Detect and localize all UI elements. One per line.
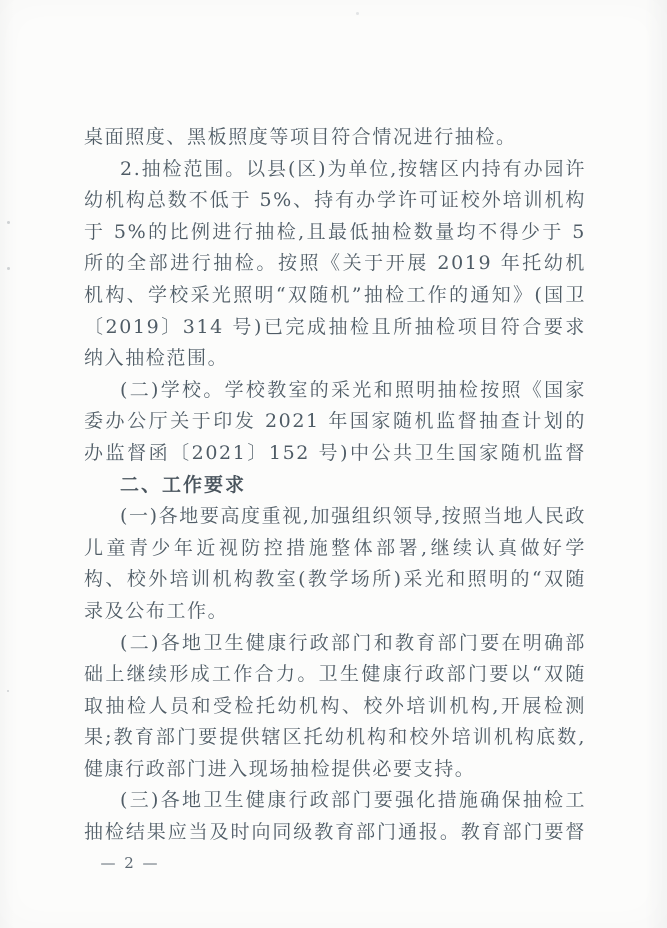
text-line: 于 5%的比例进行抽检,且最低抽检数量均不得少于 5 所,不足 5	[84, 217, 586, 249]
text-line: 果;教育部门要提供辖区托幼机构和校外培训机构底数,并为卫生	[84, 722, 586, 754]
document-page: 桌面照度、黑板照度等项目符合情况进行抽检。2.抽检范围。以县(区)为单位,按辖区…	[0, 0, 667, 928]
text-line: 础上继续形成工作合力。卫生健康行政部门要以“双随机”方式抽	[84, 659, 586, 691]
text-line: 委办公厅关于印发 2021 年国家随机监督抽查计划的通知》(国卫	[84, 406, 586, 438]
text-line: 2.抽检范围。以县(区)为单位,按辖区内持有办园许可证托	[84, 154, 586, 186]
scan-speck	[7, 221, 10, 224]
text-line: 幼机构总数不低于 5%、持有办学许可证校外培训机构总数不低	[84, 185, 586, 217]
text-line: 健康行政部门进入现场抽检提供必要支持。	[84, 754, 586, 786]
text-line: 〔2019〕314 号)已完成抽检且所抽检项目符合要求的,本年度不再	[84, 312, 586, 344]
text-line: 纳入抽检范围。	[84, 343, 586, 375]
scan-speck	[356, 12, 359, 15]
document-lines: 桌面照度、黑板照度等项目符合情况进行抽检。2.抽检范围。以县(区)为单位,按辖区…	[84, 122, 586, 849]
text-line: (一)各地要高度重视,加强组织领导,按照当地人民政府落实	[84, 501, 586, 533]
text-line: 桌面照度、黑板照度等项目符合情况进行抽检。	[84, 122, 586, 154]
text-line: 抽检结果应当及时向同级教育部门通报。教育部门要督促辖区不	[84, 817, 586, 849]
text-line: 机构、学校采光照明“双随机”抽检工作的通知》(国卫办监督函	[84, 280, 586, 312]
scan-speck	[7, 690, 9, 692]
scan-speck	[7, 267, 10, 270]
text-line: 办监督函〔2021〕152 号)中公共卫生国家随机监督抽查计划执行。	[84, 438, 586, 470]
text-line: (二)各地卫生健康行政部门和教育部门要在明确部门分工基	[84, 628, 586, 660]
text-line: (三)各地卫生健康行政部门要强化措施确保抽检工作质量,	[84, 785, 586, 817]
text-line: 取抽检人员和受检托幼机构、校外培训机构,开展检测并记录结	[84, 691, 586, 723]
text-line: 儿童青少年近视防控措施整体部署,继续认真做好学校、托幼机	[84, 533, 586, 565]
text-line: 构、校外培训机构教室(教学场所)采光和照明的“双随机”抽检、记	[84, 564, 586, 596]
text-line: 所的全部进行抽检。按照《关于开展 2019 年托幼机构、校外培训	[84, 248, 586, 280]
text-line: (二)学校。学校教室的采光和照明抽检按照《国家卫生健康	[84, 375, 586, 407]
page-number: — 2 —	[90, 848, 170, 878]
text-line: 录及公布工作。	[84, 596, 586, 628]
section-heading: 二、工作要求	[84, 470, 586, 502]
